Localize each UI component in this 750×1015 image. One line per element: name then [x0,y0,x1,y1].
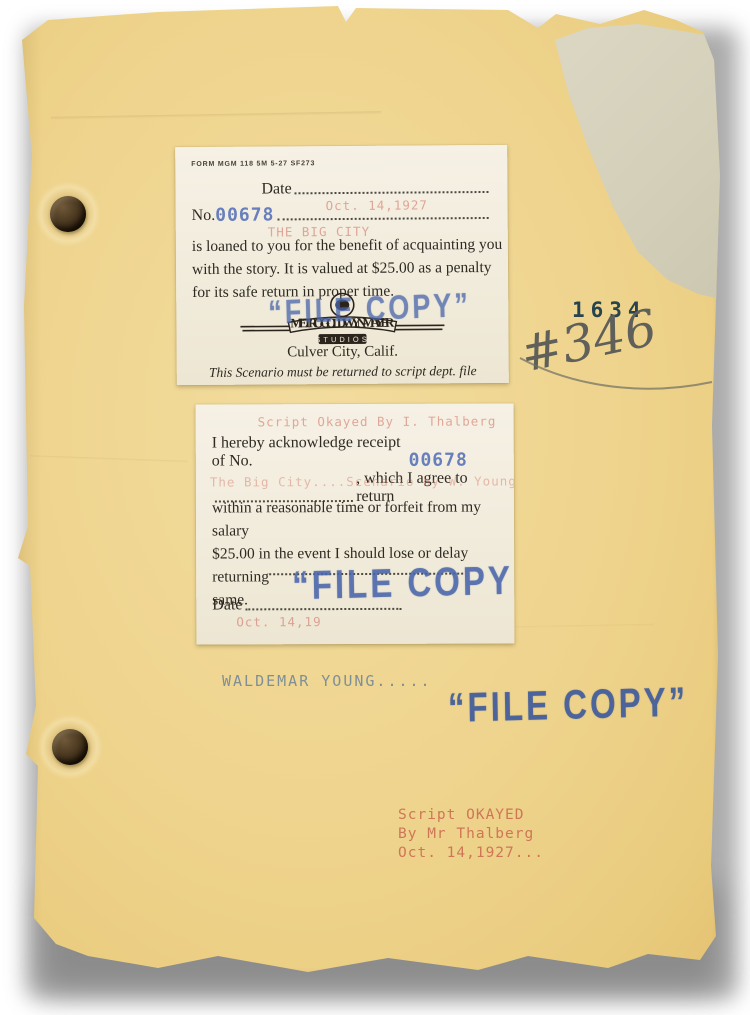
form-number: FORM MGM 118 5M 5-27 SF273 [191,160,315,168]
receipt-number-stamp: 00678 [215,206,274,224]
script-okayed-typed-faint: Script Okayed By I. Thalberg [258,414,497,430]
loan-slip: FORM MGM 118 5M 5-27 SF273 Date Oct. 14,… [175,145,509,385]
brass-brad-bottom [52,729,88,765]
scenario-return-note: This Scenario must be returned to script… [177,363,509,381]
script-cover: FORM MGM 118 5M 5-27 SF273 Date Oct. 14,… [8,6,726,984]
okayed-line: Script OKAYED [398,806,544,825]
no-label: No. [192,207,216,225]
script-okayed-note: Script OKAYED By Mr Thalberg Oct. 14,192… [398,806,544,863]
receipt-slip: Script Okayed By I. Thalberg I hereby ac… [196,403,515,644]
date-label: Date [212,596,242,614]
receipt-terms-line: within a reasonable time or forfeit from… [212,495,514,542]
torn-corner-underlay [528,22,726,306]
loan-terms-line: with the story. It is valued at $25.00 a… [192,256,503,281]
okayed-line: By Mr Thalberg [398,825,544,844]
logo-city-text: Culver City, Calif. [177,343,509,362]
photo-background: FORM MGM 118 5M 5-27 SF273 Date Oct. 14,… [0,0,750,1015]
paper-crease [30,455,188,463]
dotted-leader [277,216,488,220]
file-copy-stamp: “FILE COPY” [268,286,471,333]
acknowledge-row: I hereby acknowledge receipt of No. 0067… [212,434,474,471]
date-row: Date [261,179,491,199]
brass-brad-top [50,196,86,232]
okayed-line: Oct. 14,1927... [398,844,544,863]
acknowledge-text: I hereby acknowledge receipt of No. [212,434,409,471]
typed-title-faint: The Big City....Scenario by W. Young [210,473,515,489]
screenwriter-name-typed: WALDEMAR YOUNG..... [222,672,432,690]
receipt-number-stamp: 00678 [409,452,468,470]
paper-crease [51,111,381,120]
date-label: Date [261,180,291,198]
file-copy-stamp: “FILE COPY” [292,557,515,609]
file-copy-stamp-large: “FILE COPY” [448,678,689,732]
spine-shading [8,6,42,984]
typed-date-faint: Oct. 14,19 [236,614,321,629]
pencil-underline [516,336,716,406]
dotted-leader [295,190,489,194]
loan-terms-line: is loaned to you for the benefit of acqu… [192,233,503,258]
receipt-number-row: No. 00678 [192,205,492,225]
logo-studios-text: STUDIOS [315,335,369,344]
